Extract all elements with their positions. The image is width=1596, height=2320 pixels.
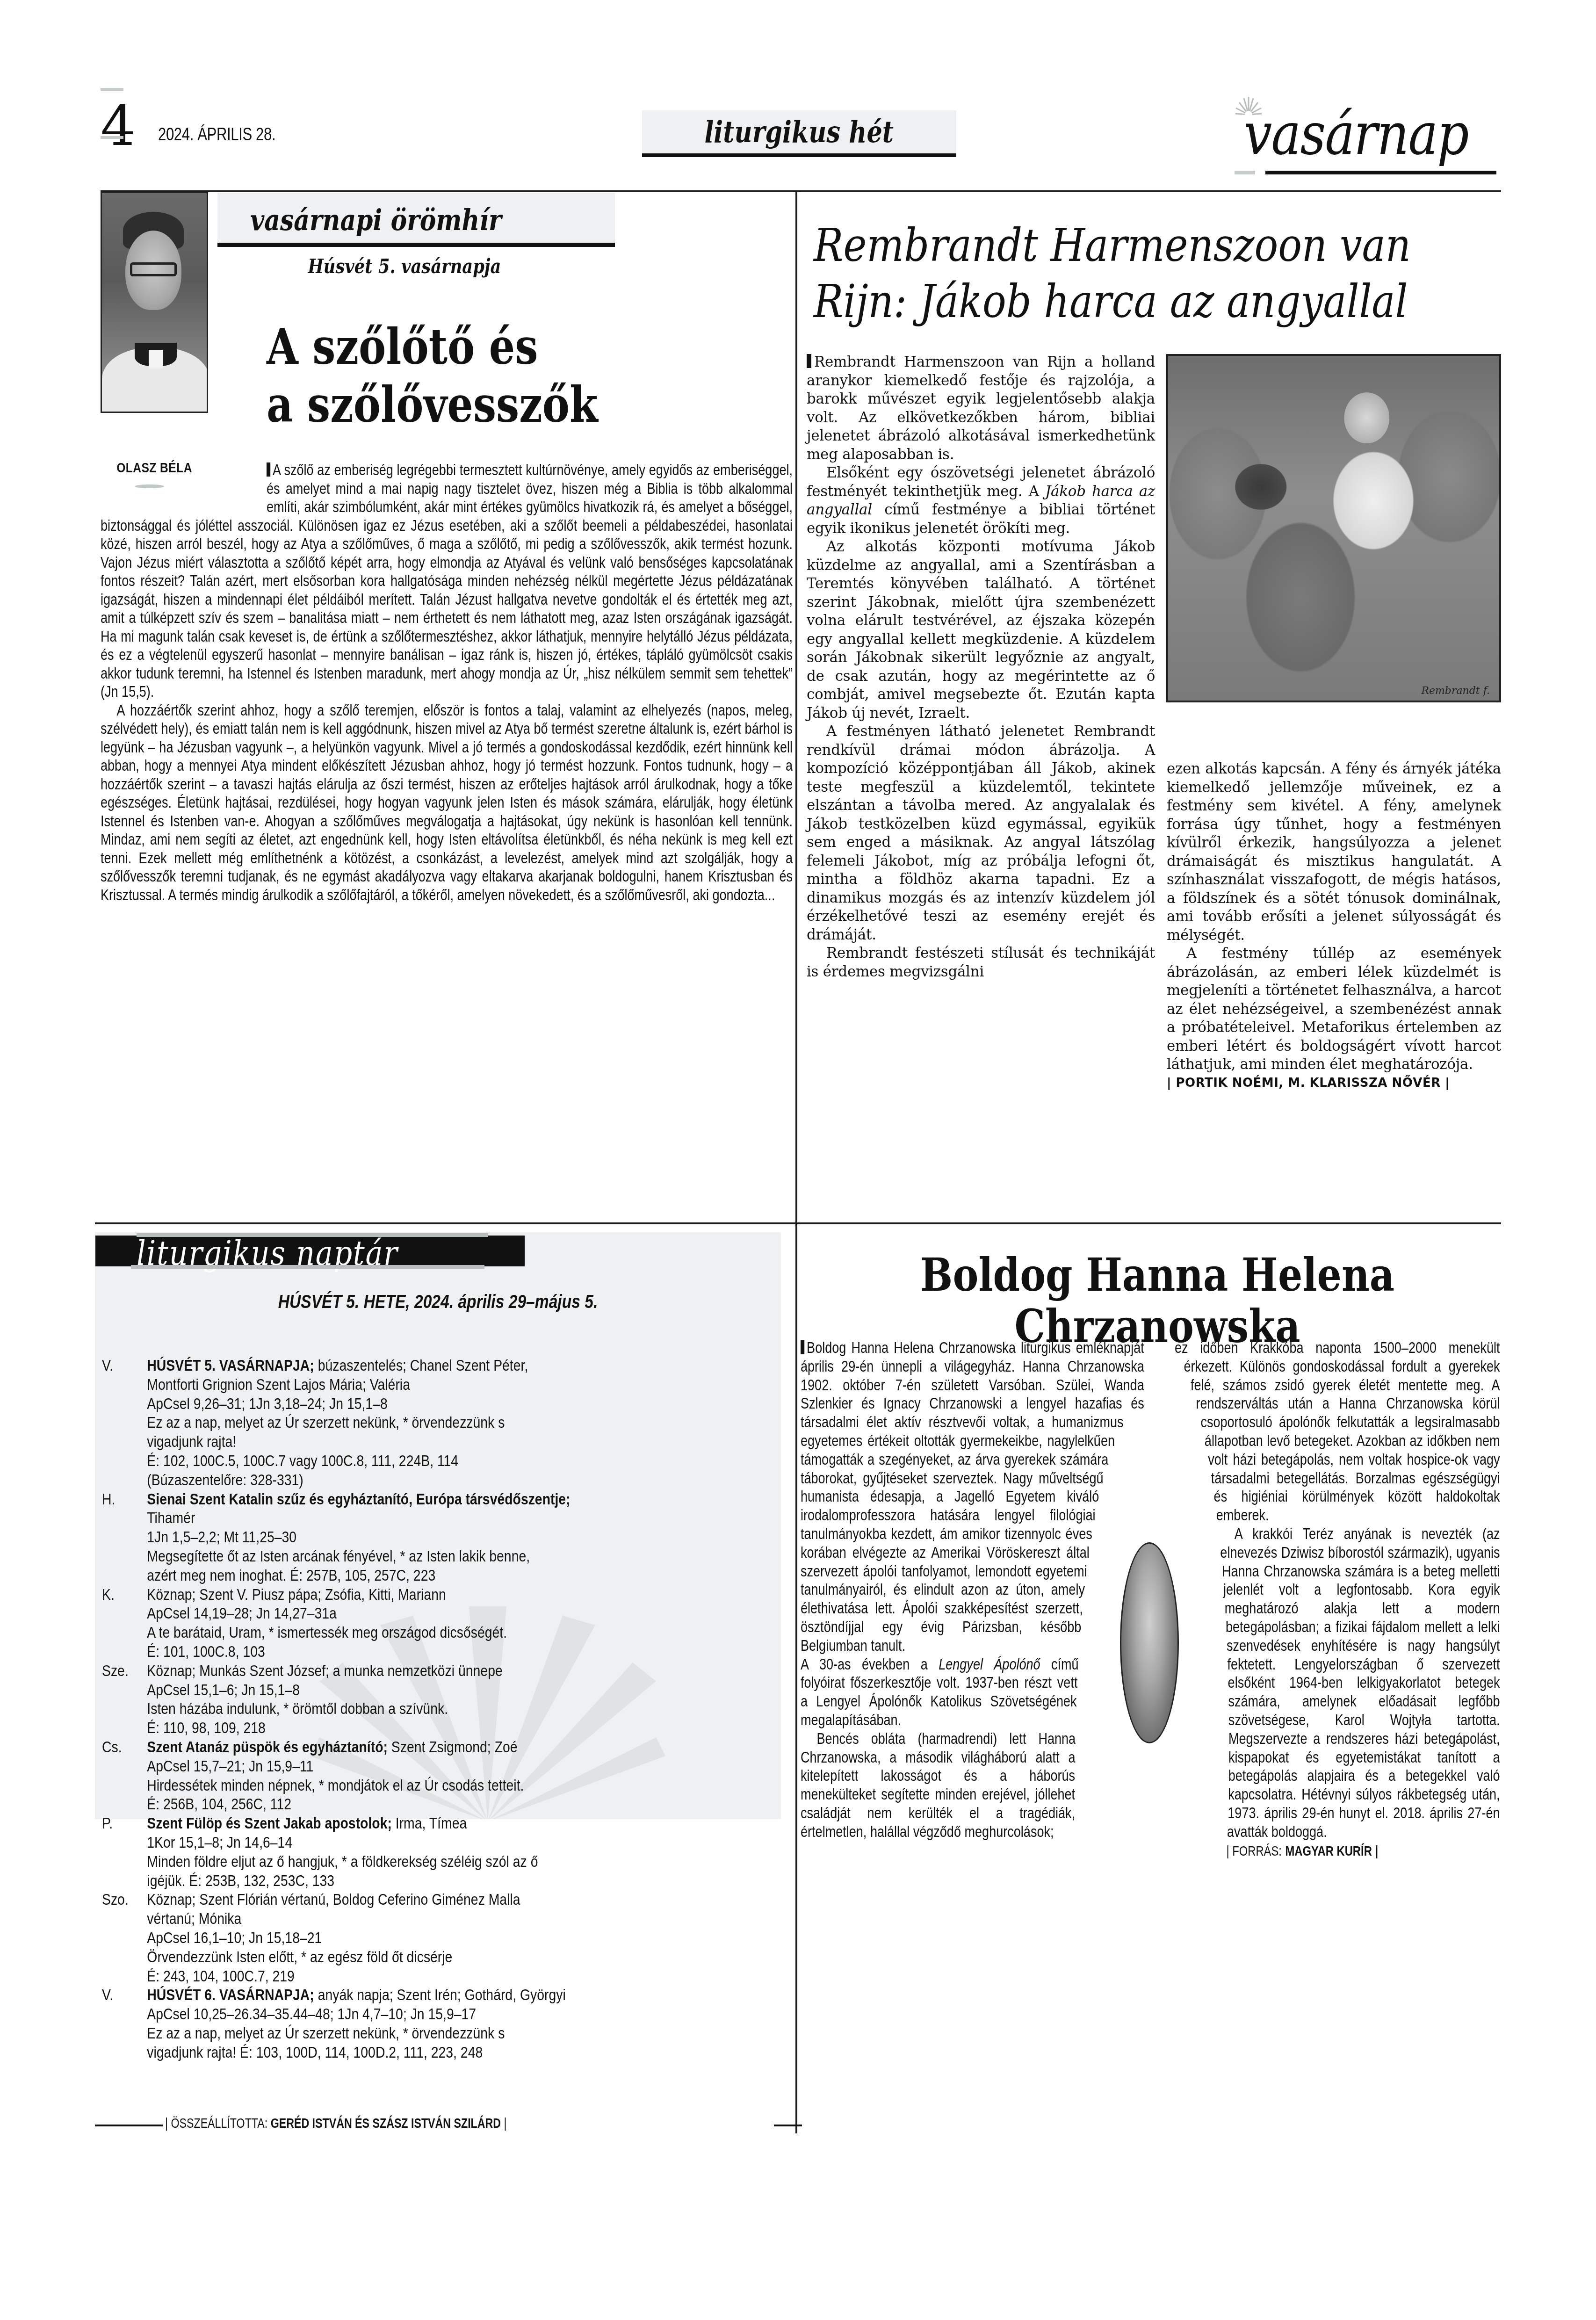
painting-signature: Rembrandt f. [1421,685,1490,697]
kicker-label: vasárnapi örömhír [250,203,502,237]
calendar-day: Cs. Szent Atanáz püspök és egyháztanító;… [102,1738,681,1814]
page-number: 4 [101,98,124,153]
article-body: A szőlő az emberiség legrégebbi termeszt… [101,461,793,1228]
article-body-wrap: A szőlő az emberiség legrégebbi termeszt… [101,516,793,1228]
column-divider [795,190,797,2133]
calendar-day: P. Szent Fülöp és Szent Jakab apostolok;… [102,1814,681,1890]
calendar-credits: | ÖSSZEÁLLÍTOTTA: GERÉD ISTVÁN ÉS SZÁSZ … [95,2116,796,2135]
article-paragraph-2: A hozzáértők szerint ahhoz, hogy a szőlő… [101,701,793,904]
masthead-logo: vasárnap [1235,101,1496,180]
lead-marker-icon [801,1340,804,1354]
saint-article-headline: Boldog Hanna Helena Chrzanowska [863,1250,1452,1352]
logo-rule [1265,171,1496,174]
issue-date: 2024. ÁPRILIS 28. [158,125,275,145]
liturgical-day: Húsvét 5. vasárnapja [228,255,581,278]
article-headline: A szőlőtő és a szőlővesszők [267,318,598,434]
saint-article-col2: ez időben Krakkóba naponta 1500–2000 men… [1152,1338,1500,2152]
page-number-top-bar [101,88,123,91]
calendar-day: V. HÚSVÉT 6. VASÁRNAPJA; anyák napja; Sz… [102,1986,681,2062]
calendar-day: V. HÚSVÉT 5. VASÁRNAPJA; búzaszentelés; … [102,1356,681,1490]
section-tab: liturgikus hét [642,110,956,157]
calendar-week-title: HÚSVÉT 5. HETE, 2024. április 29–május 5… [150,1292,726,1313]
calendar-day: Szo. Köznap; Szent Flórián vértanú, Bold… [102,1890,681,1986]
saint-article-col1: Boldog Hanna Helena Chrzanowska liturgik… [801,1338,1144,2096]
author-portrait [101,192,208,413]
logo-text: vasárnap [1244,105,1468,163]
painting-image: Rembrandt f. [1166,354,1501,702]
art-article-col2: ezen alkotás kapcsán. A fény és árnyék j… [1167,760,1501,1092]
calendar-tag-accent-top [137,1233,488,1237]
column-kicker: vasárnapi örömhír [217,193,615,247]
logo-rule-accent [1235,171,1255,174]
calendar-day: K. Köznap; Szent V. Piusz pápa; Zsófia, … [102,1585,681,1662]
calendar-list: V. HÚSVÉT 5. VASÁRNAPJA; búzaszentelés; … [102,1356,681,2062]
page-number-bottom-bar [101,136,123,139]
lead-marker-icon [807,354,811,368]
calendar-day: H. Sienai Szent Katalin szűz és egyházta… [102,1490,681,1585]
calendar-tag-accent-bottom [131,1265,484,1269]
section-tab-label: liturgikus hét [705,115,894,150]
art-article-byline: | PORTIK NOÉMI, M. KLARISSZA NŐVÉR | [1167,1074,1501,1093]
calendar-tag: liturgikus naptár [95,1236,525,1266]
art-article-headline: Rembrandt Harmenszoon van Rijn: Jákob ha… [814,217,1411,330]
top-divider [101,190,1501,192]
art-article-col1: Rembrandt Harmenszoon van Rijn a holland… [807,353,1155,981]
calendar-day: Sze. Köznap; Munkás Szent József; a munk… [102,1662,681,1738]
